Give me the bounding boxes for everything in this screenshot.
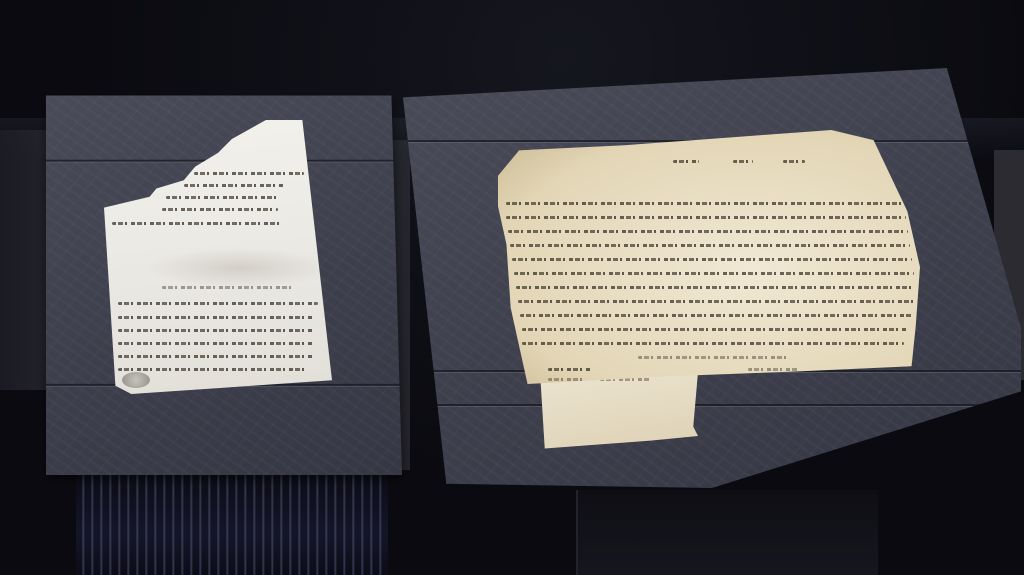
script-line <box>520 314 912 317</box>
manuscript-right <box>498 130 920 384</box>
display-stand-right <box>576 490 878 575</box>
script-line <box>162 286 292 289</box>
script-line <box>522 328 908 331</box>
museum-display-case <box>0 0 1024 575</box>
script-line <box>166 196 278 199</box>
script-line <box>194 172 304 175</box>
script-line <box>506 216 906 219</box>
script-line <box>112 222 280 225</box>
display-stand-left <box>76 470 388 575</box>
signature <box>548 368 592 371</box>
script-line <box>506 202 906 205</box>
header-word <box>733 160 753 163</box>
script-line <box>514 272 914 275</box>
numeric-notes <box>548 378 584 381</box>
script-line <box>508 230 908 233</box>
mounting-strap <box>403 404 1021 406</box>
paper-stain <box>144 248 334 288</box>
script-line <box>162 208 278 211</box>
manuscript-right-tab <box>540 372 698 450</box>
script-line <box>118 316 314 319</box>
script-line <box>638 356 788 359</box>
script-line <box>118 368 308 371</box>
script-line <box>118 302 318 305</box>
script-line <box>518 300 914 303</box>
script-line <box>118 355 314 358</box>
script-line <box>512 258 912 261</box>
script-line <box>522 342 904 345</box>
script-line <box>118 329 314 332</box>
script-line <box>118 342 314 345</box>
script-line <box>516 286 914 289</box>
seal-stamp <box>122 372 150 388</box>
script-line <box>184 184 284 187</box>
signature <box>748 368 798 371</box>
header-word <box>783 160 805 163</box>
header-word <box>673 160 699 163</box>
script-line <box>510 244 910 247</box>
